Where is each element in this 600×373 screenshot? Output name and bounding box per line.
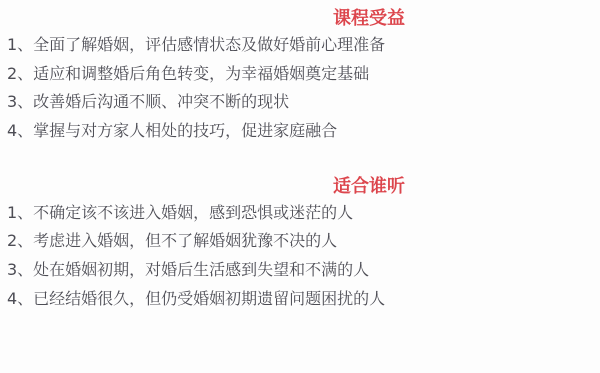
- list-item: 2、考虑进入婚姻，但不了解婚姻犹豫不决的人: [7, 225, 600, 254]
- list-item: 1、全面了解婚姻，评估感情状态及做好婚前心理准备: [7, 29, 600, 58]
- section-target-audience: 适合谁听 1、不确定该不该进入婚姻，感到恐惧或迷茫的人 2、考虑进入婚姻，但不了…: [0, 177, 600, 312]
- list-item: 3、处在婚姻初期，对婚后生活感到失望和不满的人: [7, 254, 600, 283]
- course-benefits-list: 1、全面了解婚姻，评估感情状态及做好婚前心理准备 2、适应和调整婚后角色转变，为…: [0, 29, 600, 144]
- course-description-page: 课程受益 1、全面了解婚姻，评估感情状态及做好婚前心理准备 2、适应和调整婚后角…: [0, 0, 600, 373]
- target-audience-list: 1、不确定该不该进入婚姻，感到恐惧或迷茫的人 2、考虑进入婚姻，但不了解婚姻犹豫…: [0, 197, 600, 312]
- section-course-benefits: 课程受益 1、全面了解婚姻，评估感情状态及做好婚前心理准备 2、适应和调整婚后角…: [0, 0, 600, 144]
- list-item: 4、掌握与对方家人相处的技巧，促进家庭融合: [7, 115, 600, 144]
- list-item: 4、已经结婚很久，但仍受婚姻初期遗留问题困扰的人: [7, 283, 600, 312]
- course-benefits-title: 课程受益: [333, 0, 405, 29]
- target-audience-title: 适合谁听: [333, 177, 405, 197]
- list-item: 1、不确定该不该进入婚姻，感到恐惧或迷茫的人: [7, 197, 600, 226]
- list-item: 3、改善婚后沟通不顺、冲突不断的现状: [7, 86, 600, 115]
- list-item: 2、适应和调整婚后角色转变，为幸福婚姻奠定基础: [7, 58, 600, 87]
